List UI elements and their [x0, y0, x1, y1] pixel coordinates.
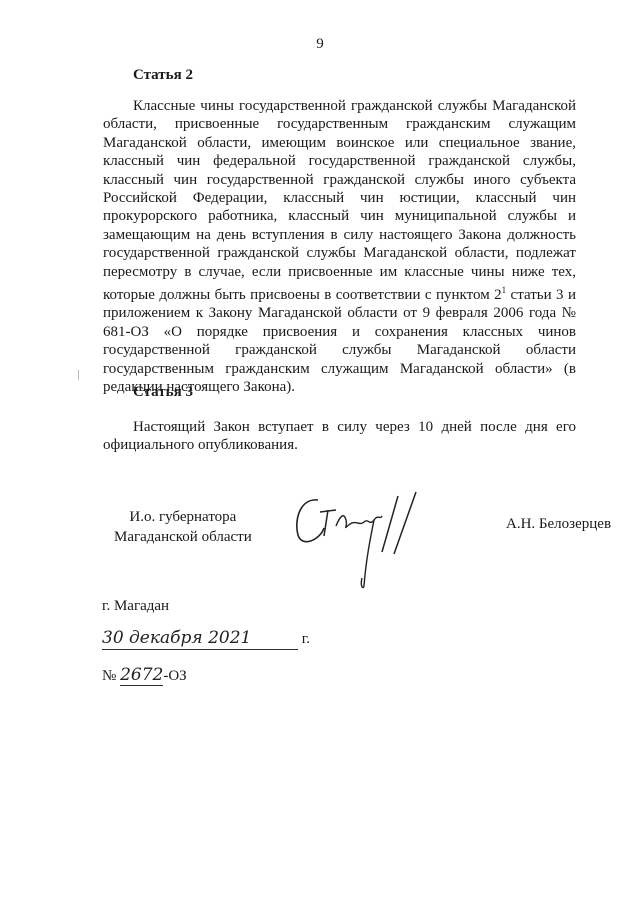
handwritten-law-number: 2672 [120, 665, 163, 686]
signatory-name: А.Н. Белозерцев [506, 516, 611, 533]
date-suffix: г. [302, 631, 310, 647]
article-3-body: Настоящий Закон вступает в силу через 10… [103, 418, 576, 455]
article-2-body: Классные чины государственной гражданско… [103, 97, 576, 397]
position-line-2: Магаданской области [114, 527, 252, 547]
position-line-1: И.о. губернатора [114, 507, 252, 527]
place-of-signing: г. Магадан [102, 598, 169, 615]
law-number-suffix: -ОЗ [163, 668, 186, 684]
margin-mark [78, 370, 79, 380]
article-2-text-part1: Классные чины государственной гражданско… [103, 98, 576, 303]
handwritten-signature [290, 490, 440, 600]
handwritten-date: 30 декабря 2021 [102, 628, 298, 650]
signatory-position: И.о. губернатора Магаданской области [114, 507, 252, 547]
article-2-text-part2: статьи 3 и приложением к Закону Магаданс… [103, 287, 576, 395]
law-number-line: № 2672-ОЗ [102, 665, 187, 686]
article-3-text: Настоящий Закон вступает в силу через 10… [103, 418, 576, 455]
page-number: 9 [0, 36, 640, 53]
number-sign: № [102, 668, 116, 684]
article-2-heading: Статья 2 [133, 67, 193, 84]
article-3-heading: Статья 3 [133, 384, 193, 401]
date-line: 30 декабря 2021 г. [102, 628, 310, 650]
